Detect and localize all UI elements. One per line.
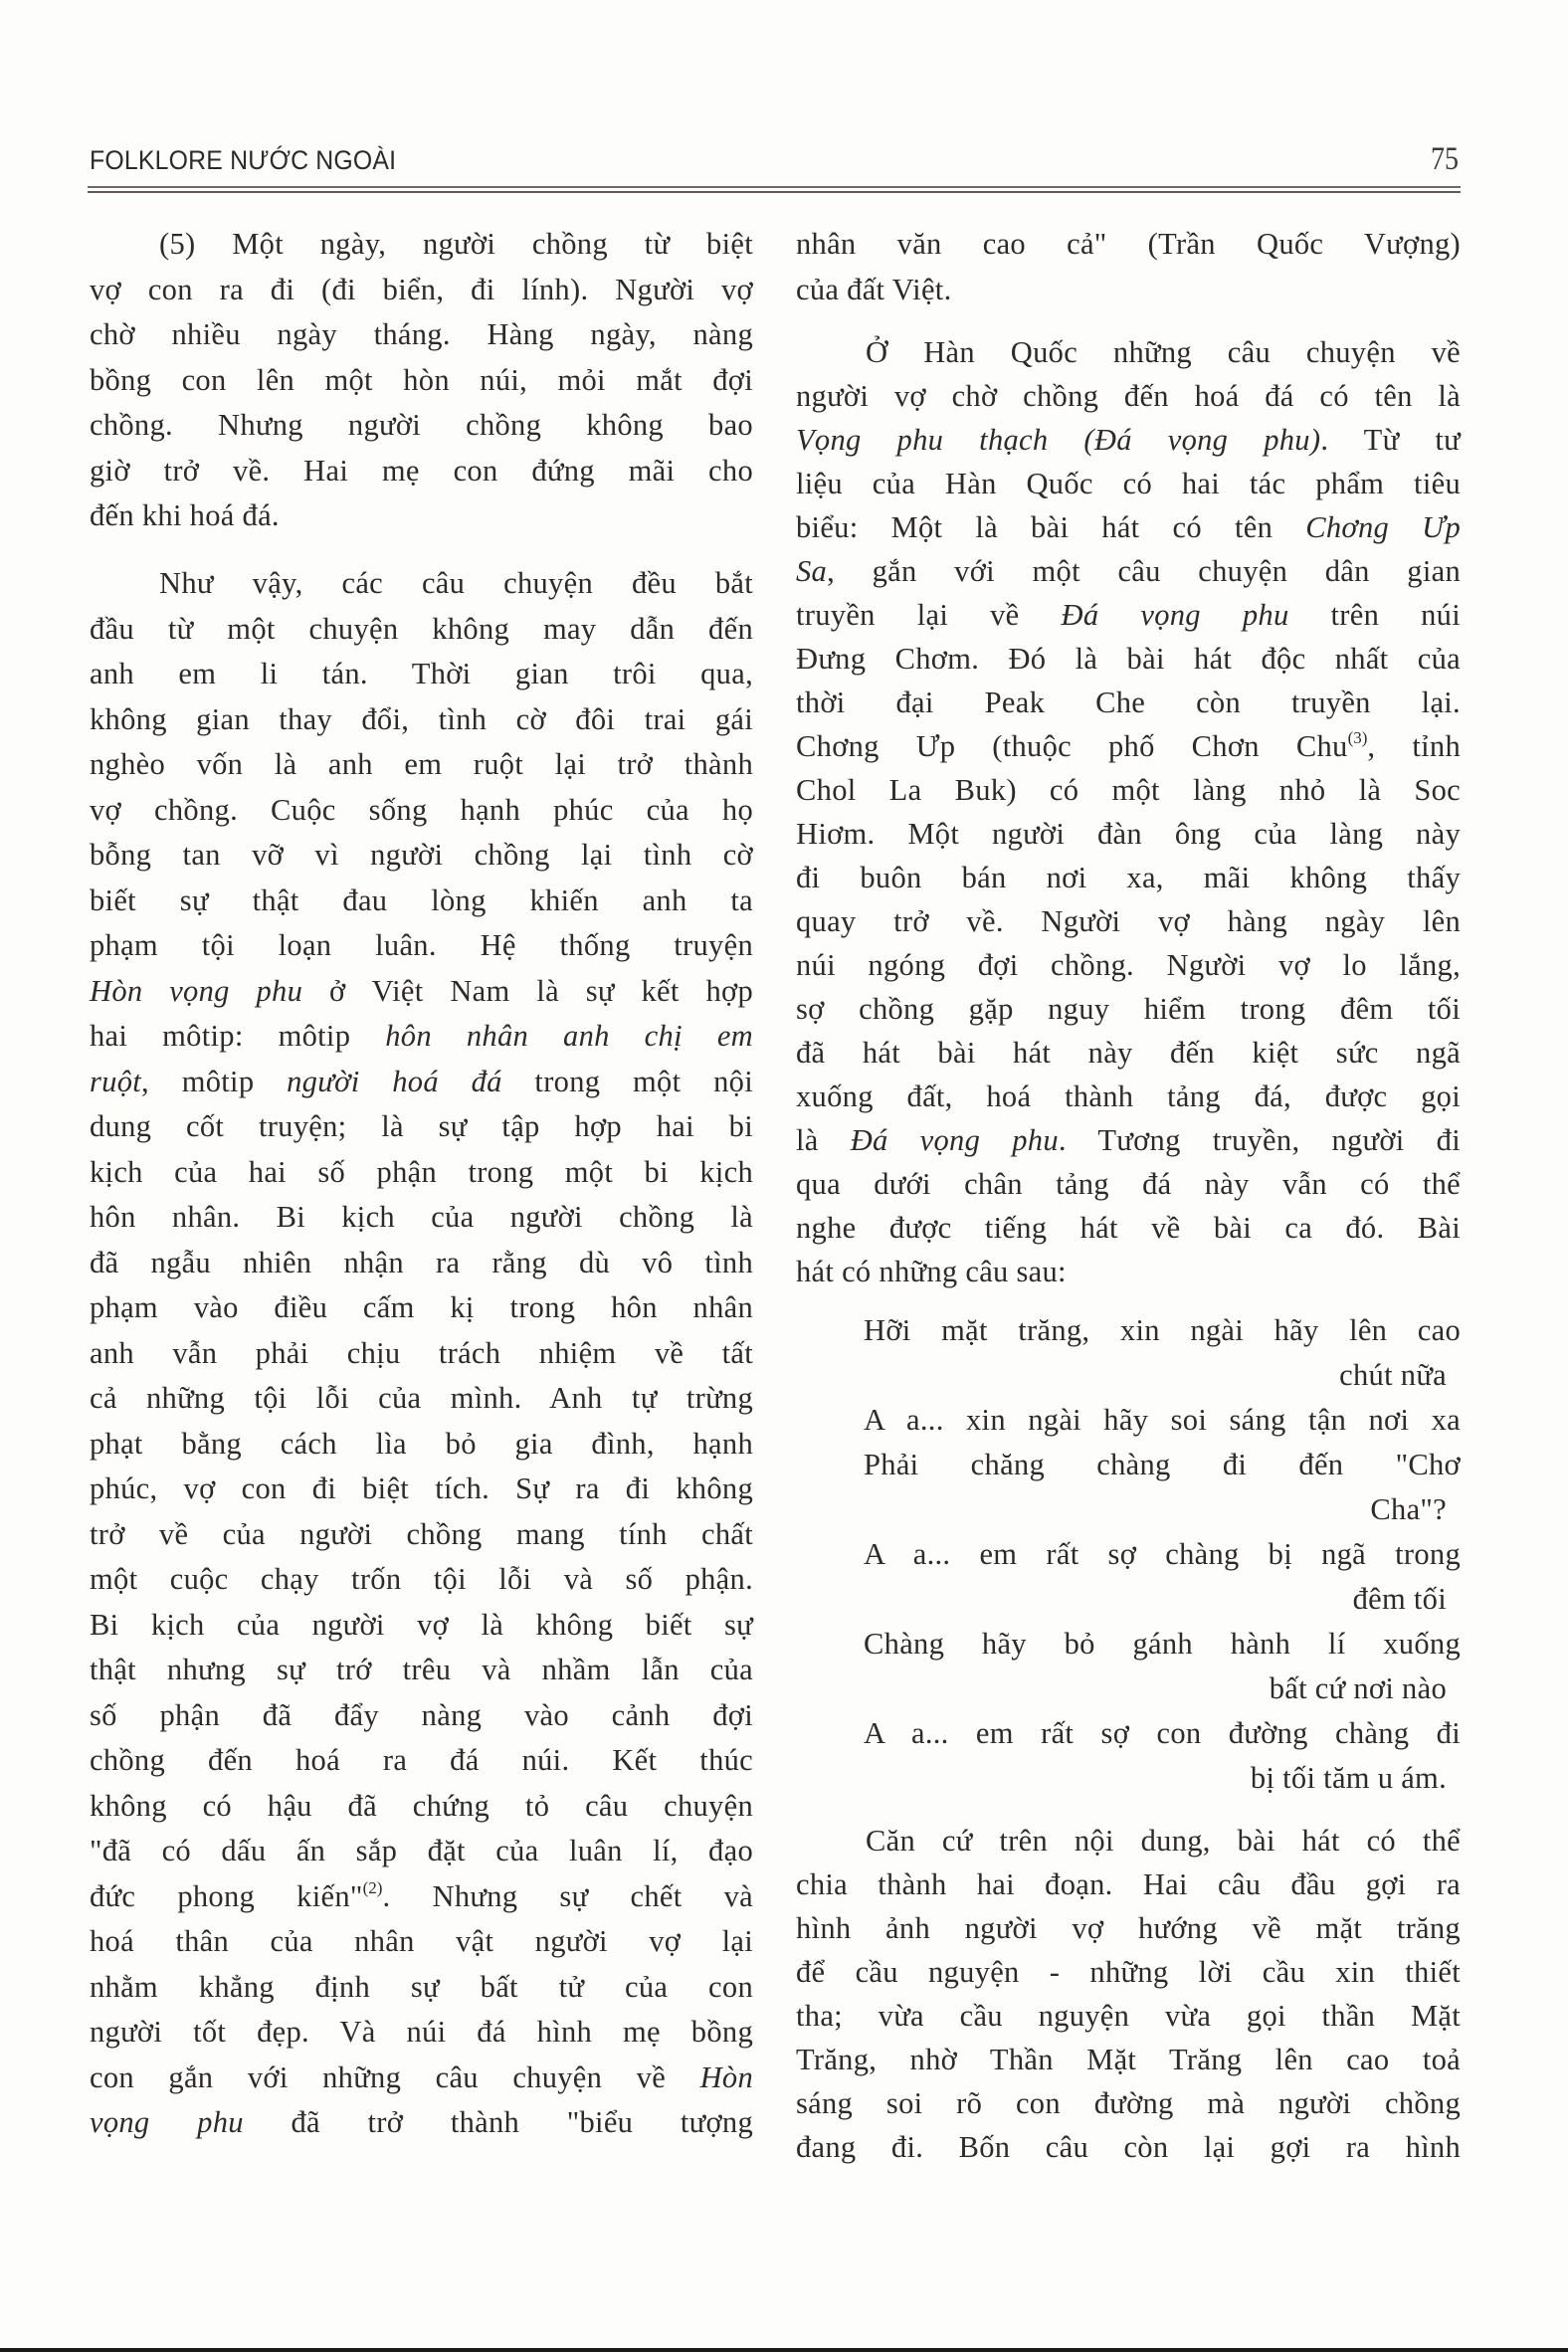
text-line: Căn cứ trên nội dung, bài hát có thể <box>796 1823 1461 1859</box>
text-line: bồng con lên một hòn núi, mỏi mắt đợi <box>90 362 753 398</box>
text-line: cả những tội lỗi của mình. Anh tự trừng <box>90 1380 753 1416</box>
text-line: đầu từ một chuyện không may dẫn đến <box>90 611 753 647</box>
text-line: (5) Một ngày, người chồng từ biệt <box>90 226 753 262</box>
text-line: Đưng Chơm. Đó là bài hát độc nhất của <box>796 641 1461 677</box>
text-line: người vợ chờ chồng đến hoá đá có tên là <box>796 378 1461 414</box>
text-line: Sa, gắn với một câu chuyện dân gian <box>796 553 1461 589</box>
text-line: hát có những câu sau: <box>796 1254 1461 1289</box>
footnote-ref: (2) <box>363 1878 383 1897</box>
text-line: chia thành hai đoạn. Hai câu đầu gợi ra <box>796 1866 1461 1902</box>
text-line: hôn nhân. Bi kịch của người chồng là <box>90 1199 753 1235</box>
song-line-continuation: đêm tối <box>864 1581 1461 1617</box>
text-line: biểu: Một là bài hát có tên Chơng Ưp <box>796 509 1461 545</box>
song-line: A a... em rất sợ chàng bị ngã trong <box>864 1536 1461 1572</box>
text-line: hình ảnh người vợ hướng về mặt trăng <box>796 1910 1461 1946</box>
text-line: xuống đất, hoá thành tảng đá, được gọi <box>796 1078 1461 1114</box>
text-line: số phận đã đẩy nàng vào cảnh đợi <box>90 1697 753 1733</box>
text-line: Ở Hàn Quốc những câu chuyện về <box>796 334 1461 370</box>
song-line: Phải chăng chàng đi đến "Chơ <box>864 1447 1461 1482</box>
text-line: vọng phu đã trở thành "biểu tượng <box>90 2104 753 2140</box>
song-line-continuation: chút nữa <box>864 1357 1461 1393</box>
text-line: anh em li tán. Thời gian trôi qua, <box>90 656 753 691</box>
song-line-continuation: Cha"? <box>864 1491 1461 1527</box>
text-line: giờ trở về. Hai mẹ con đứng mãi cho <box>90 453 753 489</box>
scan-bottom-edge <box>0 2348 1568 2352</box>
text-line: Chol La Buk) có một làng nhỏ là Soc <box>796 772 1461 808</box>
text-line: nhằm khẳng định sự bất tử của con <box>90 1969 753 2005</box>
text-line: đang đi. Bốn câu còn lại gợi ra hình <box>796 2129 1461 2165</box>
text-line: tha; vừa cầu nguyện vừa gọi thần Mặt <box>796 1998 1461 2034</box>
running-title: FOLKLORE NƯỚC NGOÀI <box>90 145 396 176</box>
text-line: biết sự thật đau lòng khiến anh ta <box>90 882 753 918</box>
text-line: liệu của Hàn Quốc có hai tác phẩm tiêu <box>796 466 1461 501</box>
text-line: núi ngóng đợi chồng. Người vợ lo lắng, <box>796 947 1461 983</box>
text-line: Như vậy, các câu chuyện đều bắt <box>90 565 753 601</box>
text-line: chờ nhiều ngày tháng. Hàng ngày, nàng <box>90 316 753 352</box>
song-line: A a... xin ngài hãy soi sáng tận nơi xa <box>864 1402 1461 1438</box>
text-line: Chơng Ưp (thuộc phố Chơn Chu(3), tỉnh <box>796 728 1461 764</box>
text-line: Trăng, nhờ Thần Mặt Trăng lên cao toả <box>796 2042 1461 2077</box>
song-line-continuation: bất cứ nơi nào <box>864 1670 1461 1706</box>
text-line: không gian thay đổi, tình cờ đôi trai gá… <box>90 701 753 737</box>
text-line: quay trở về. Người vợ hàng ngày lên <box>796 903 1461 939</box>
text-line: chồng đến hoá ra đá núi. Kết thúc <box>90 1742 753 1778</box>
text-line: nghèo vốn là anh em ruột lại trở thành <box>90 746 753 782</box>
footnote-ref: (3) <box>1348 728 1368 747</box>
text-line: Hiơm. Một người đàn ông của làng này <box>796 816 1461 852</box>
text-line: anh vẫn phải chịu trách nhiệm về tất <box>90 1335 753 1371</box>
text-line: phạm vào điều cấm kị trong hôn nhân <box>90 1289 753 1325</box>
text-line: phạm tội loạn luân. Hệ thống truyện <box>90 927 753 963</box>
text-line: "đã có dấu ấn sắp đặt của luân lí, đạo <box>90 1833 753 1868</box>
song-line-continuation: bị tối tăm u ám. <box>864 1760 1461 1796</box>
text-line: hoá thân của nhân vật người vợ lại <box>90 1923 753 1959</box>
text-line: thời đại Peak Che còn truyền lại. <box>796 685 1461 720</box>
text-line: hai môtip: môtip hôn nhân anh chị em <box>90 1018 753 1054</box>
text-line: con gắn với những câu chuyện về Hòn <box>90 2059 753 2095</box>
text-line: vợ con ra đi (đi biển, đi lính). Người v… <box>90 272 753 307</box>
song-line: A a... em rất sợ con đường chàng đi <box>864 1715 1461 1751</box>
text-line: phúc, vợ con đi biệt tích. Sự ra đi khôn… <box>90 1470 753 1506</box>
text-line: đã ngẫu nhiên nhận ra rằng dù vô tình <box>90 1245 753 1280</box>
text-line: nhân văn cao cả" (Trần Quốc Vượng) <box>796 226 1461 262</box>
text-line: không có hậu đã chứng tỏ câu chuyện <box>90 1788 753 1824</box>
text-line: ruột, môtip người hoá đá trong một nội <box>90 1064 753 1099</box>
text-line: nghe được tiếng hát về bài ca đó. Bài <box>796 1210 1461 1246</box>
text-line: dung cốt truyện; là sự tập hợp hai bi <box>90 1108 753 1144</box>
text-line: để cầu nguyện - những lời cầu xin thiết <box>796 1954 1461 1990</box>
text-line: vợ chồng. Cuộc sống hạnh phúc của họ <box>90 792 753 828</box>
text-line: phạt bằng cách lìa bỏ gia đình, hạnh <box>90 1426 753 1462</box>
text-line: sáng soi rõ con đường mà người chồng <box>796 2085 1461 2121</box>
text-line: đức phong kiến"(2). Nhưng sự chết và <box>90 1878 753 1914</box>
text-line: thật nhưng sự trớ trêu và nhầm lẫn của <box>90 1652 753 1687</box>
text-line: kịch của hai số phận trong một bi kịch <box>90 1154 753 1190</box>
song-line: Chàng hãy bỏ gánh hành lí xuống <box>864 1626 1461 1662</box>
text-line: của đất Việt. <box>796 272 1461 307</box>
text-line: chồng. Nhưng người chồng không bao <box>90 407 753 443</box>
text-line: Hòn vọng phu ở Việt Nam là sự kết hợp <box>90 973 753 1009</box>
text-line: trở về của người chồng mang tính chất <box>90 1516 753 1552</box>
header-rule-bottom <box>88 191 1461 193</box>
text-line: một cuộc chạy trốn tội lỗi và số phận. <box>90 1561 753 1597</box>
text-line: qua dưới chân tảng đá này vẫn có thể <box>796 1166 1461 1202</box>
song-line: Hỡi mặt trăng, xin ngài hãy lên cao <box>864 1312 1461 1348</box>
text-line: bỗng tan vỡ vì người chồng lại tình cờ <box>90 837 753 873</box>
text-line: sợ chồng gặp nguy hiểm trong đêm tối <box>796 991 1461 1027</box>
text-line: Bi kịch của người vợ là không biết sự <box>90 1607 753 1643</box>
text-line: truyền lại về Đá vọng phu trên núi <box>796 597 1461 633</box>
text-line: người tốt đẹp. Và núi đá hình mẹ bồng <box>90 2014 753 2050</box>
text-line: đã hát bài hát này đến kiệt sức ngã <box>796 1035 1461 1071</box>
text-line: Vọng phu thạch (Đá vọng phu). Từ tư <box>796 422 1461 458</box>
running-head: FOLKLORE NƯỚC NGOÀI 75 <box>90 141 1461 181</box>
text-line: đến khi hoá đá. <box>90 497 753 533</box>
text-line: đi buôn bán nơi xa, mãi không thấy <box>796 860 1461 895</box>
italic-title: Hòn vọng phu <box>90 974 302 1008</box>
page-number: 75 <box>1431 141 1459 178</box>
header-rule-top <box>88 186 1461 188</box>
text-line: là Đá vọng phu. Tương truyền, người đi <box>796 1122 1461 1158</box>
